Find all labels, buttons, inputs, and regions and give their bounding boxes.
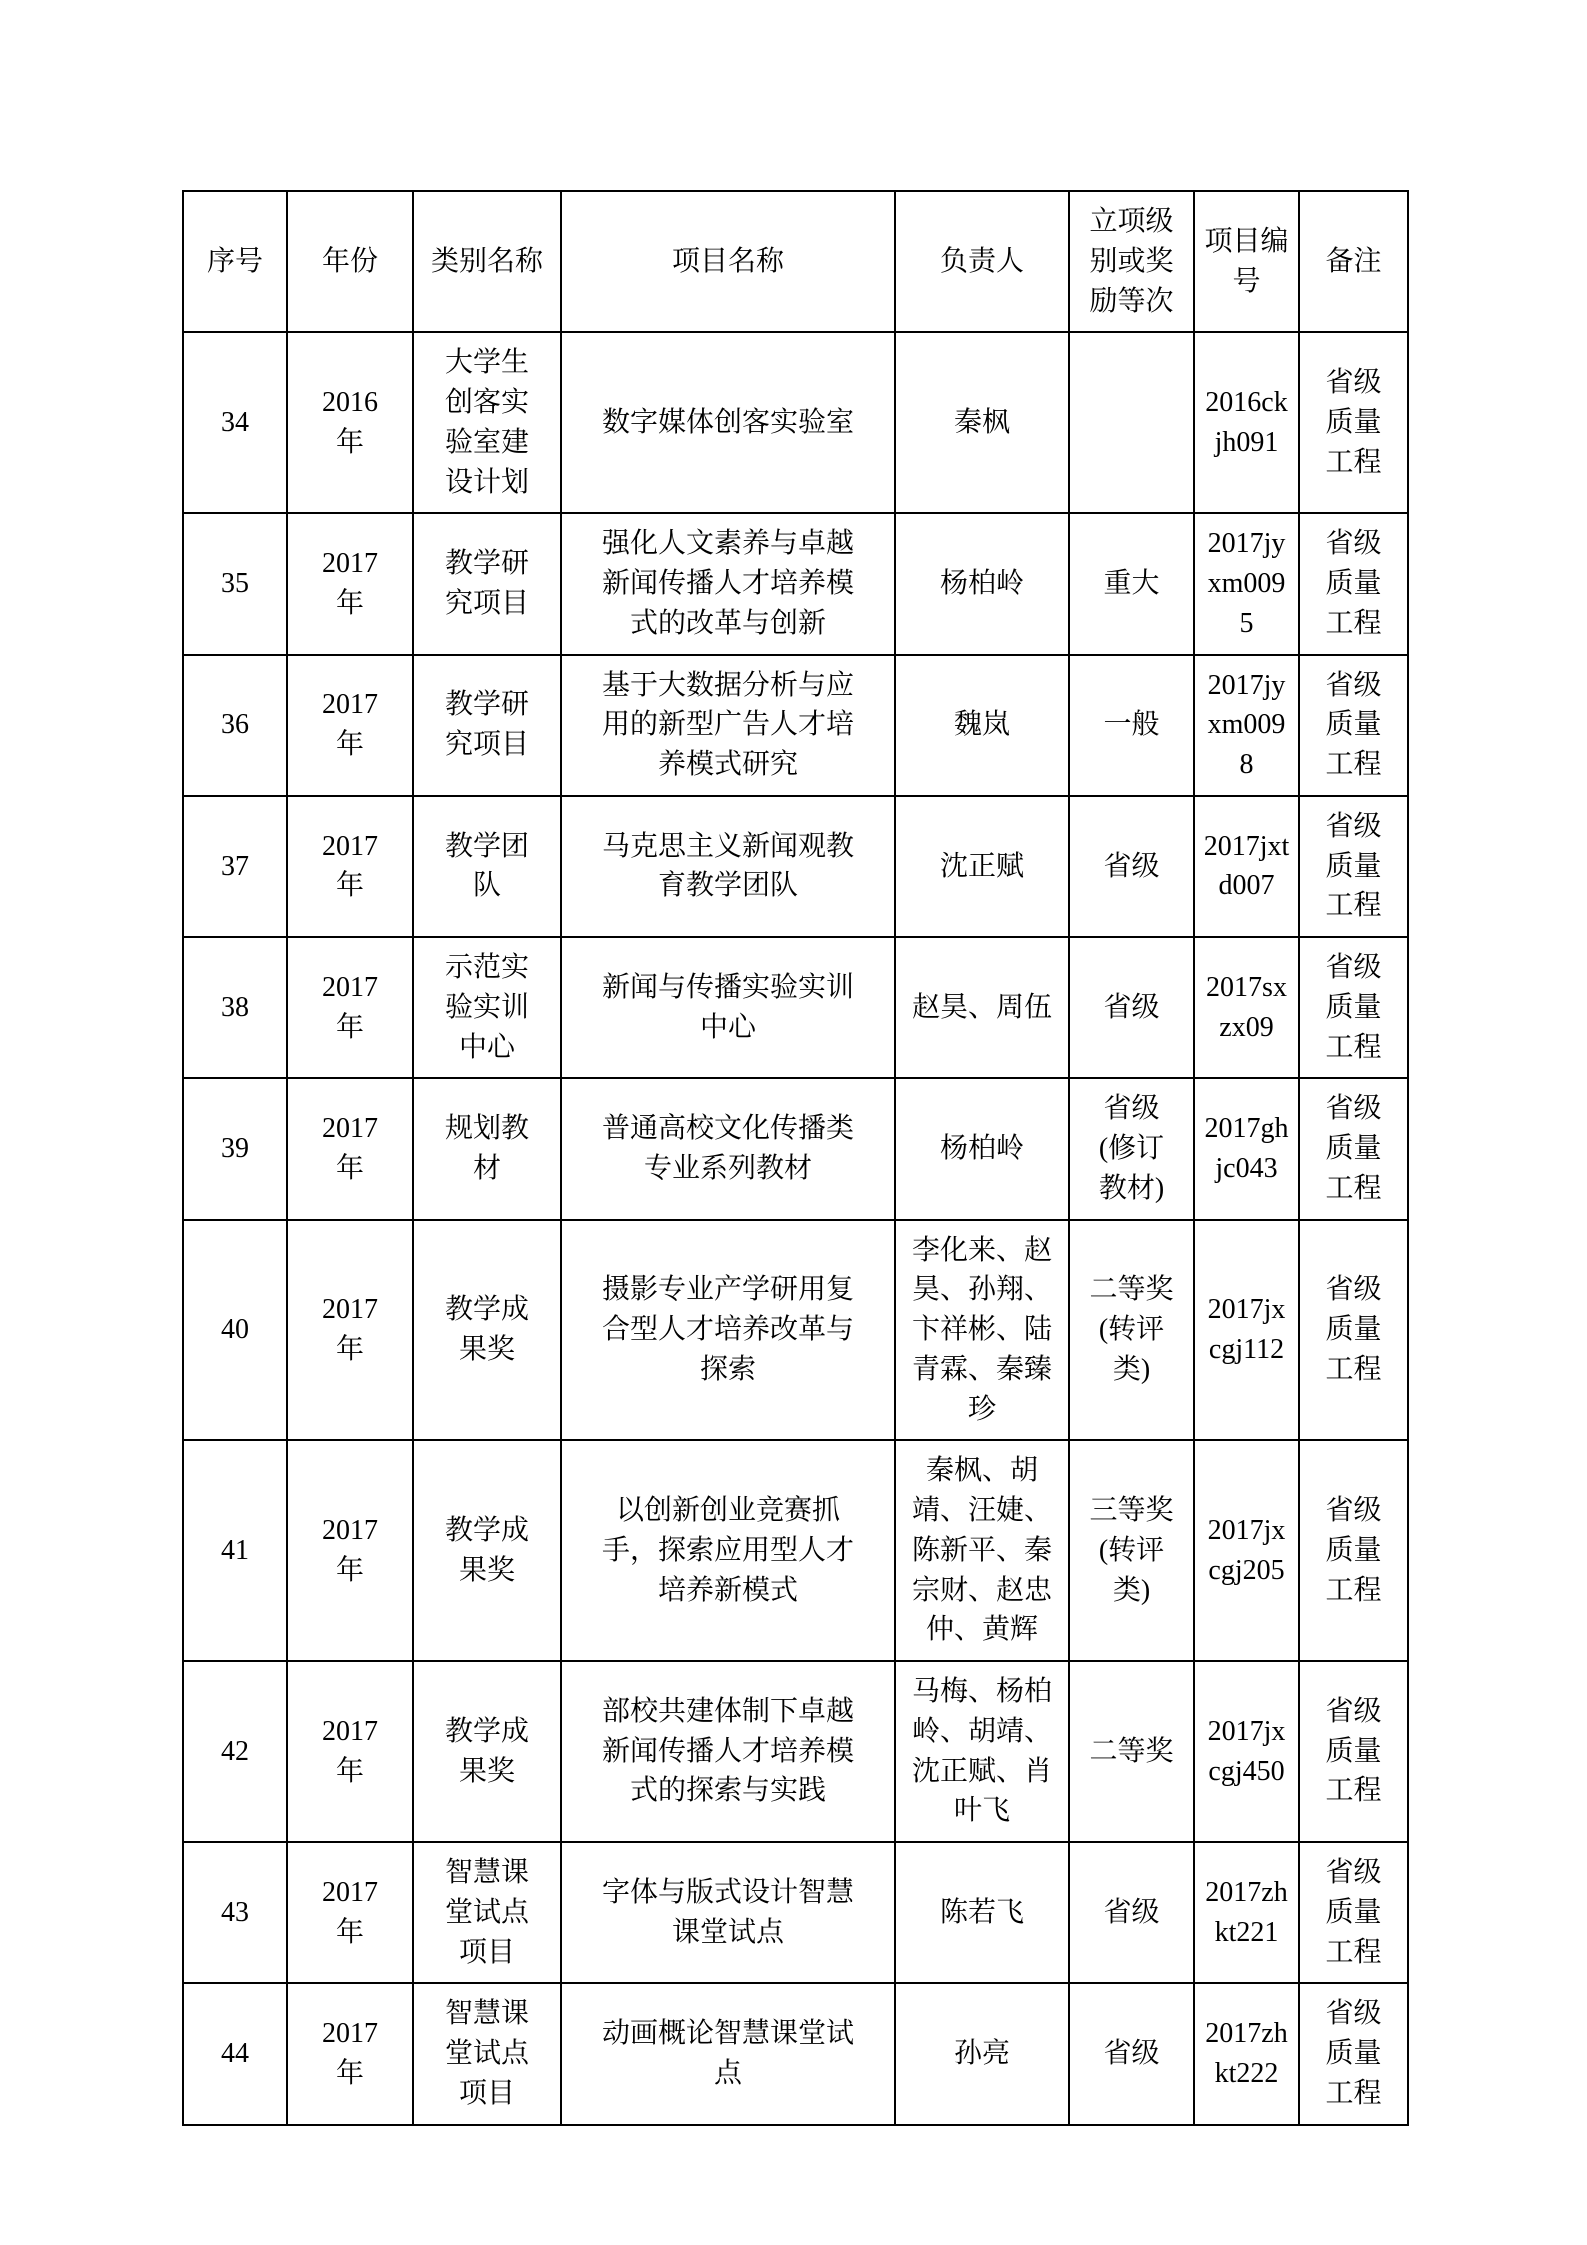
header-remark: 备注 <box>1299 191 1408 332</box>
cell-remark: 省级质量工程 <box>1299 1078 1408 1219</box>
cell-level: 二等奖 <box>1069 1661 1194 1842</box>
cell-year: 2017年 <box>287 1842 413 1983</box>
header-row: 序号 年份 类别名称 项目名称 负责人 立项级别或奖励等次 项目编号 备注 <box>183 191 1408 332</box>
cell-level: 三等奖(转评类) <box>1069 1440 1194 1661</box>
cell-project: 马克思主义新闻观教育教学团队 <box>561 796 895 937</box>
header-year: 年份 <box>287 191 413 332</box>
cell-no: 36 <box>183 655 287 796</box>
cell-level: 省级(修订教材) <box>1069 1078 1194 1219</box>
header-no: 序号 <box>183 191 287 332</box>
table-row: 342016年大学生创客实验室建设计划数字媒体创客实验室秦枫2016ckjh09… <box>183 332 1408 513</box>
table-row: 402017年教学成果奖摄影专业产学研用复合型人才培养改革与探索李化来、赵昊、孙… <box>183 1220 1408 1441</box>
document-page: 序号 年份 类别名称 项目名称 负责人 立项级别或奖励等次 项目编号 备注 34… <box>0 0 1587 2245</box>
cell-level: 二等奖(转评类) <box>1069 1220 1194 1441</box>
cell-code: 2017jxcgj205 <box>1194 1440 1299 1661</box>
cell-code: 2017zhkt222 <box>1194 1983 1299 2124</box>
cell-remark: 省级质量工程 <box>1299 937 1408 1078</box>
cell-leader: 孙亮 <box>895 1983 1069 2124</box>
cell-leader: 陈若飞 <box>895 1842 1069 1983</box>
cell-remark: 省级质量工程 <box>1299 332 1408 513</box>
table-row: 412017年教学成果奖以创新创业竞赛抓手，探索应用型人才培养新模式秦枫、胡靖、… <box>183 1440 1408 1661</box>
cell-leader: 杨柏岭 <box>895 513 1069 654</box>
cell-project: 以创新创业竞赛抓手，探索应用型人才培养新模式 <box>561 1440 895 1661</box>
cell-leader: 杨柏岭 <box>895 1078 1069 1219</box>
cell-level: 重大 <box>1069 513 1194 654</box>
cell-no: 38 <box>183 937 287 1078</box>
cell-remark: 省级质量工程 <box>1299 1220 1408 1441</box>
cell-category: 规划教材 <box>413 1078 561 1219</box>
cell-year: 2017年 <box>287 513 413 654</box>
cell-year: 2017年 <box>287 1220 413 1441</box>
table-row: 422017年教学成果奖部校共建体制下卓越新闻传播人才培养模式的探索与实践马梅、… <box>183 1661 1408 1842</box>
cell-no: 39 <box>183 1078 287 1219</box>
cell-code: 2017ghjc043 <box>1194 1078 1299 1219</box>
cell-year: 2017年 <box>287 1983 413 2124</box>
cell-remark: 省级质量工程 <box>1299 1983 1408 2124</box>
table-body: 342016年大学生创客实验室建设计划数字媒体创客实验室秦枫2016ckjh09… <box>183 332 1408 2124</box>
cell-project: 数字媒体创客实验室 <box>561 332 895 513</box>
table-row: 442017年智慧课堂试点项目动画概论智慧课堂试点孙亮省级2017zhkt222… <box>183 1983 1408 2124</box>
header-level: 立项级别或奖励等次 <box>1069 191 1194 332</box>
cell-code: 2017jxtd007 <box>1194 796 1299 937</box>
cell-code: 2016ckjh091 <box>1194 332 1299 513</box>
cell-no: 34 <box>183 332 287 513</box>
cell-year: 2017年 <box>287 1440 413 1661</box>
table-row: 432017年智慧课堂试点项目字体与版式设计智慧课堂试点陈若飞省级2017zhk… <box>183 1842 1408 1983</box>
projects-table: 序号 年份 类别名称 项目名称 负责人 立项级别或奖励等次 项目编号 备注 34… <box>182 190 1409 2126</box>
cell-level: 一般 <box>1069 655 1194 796</box>
header-category: 类别名称 <box>413 191 561 332</box>
cell-no: 43 <box>183 1842 287 1983</box>
cell-level: 省级 <box>1069 1842 1194 1983</box>
cell-category: 智慧课堂试点项目 <box>413 1842 561 1983</box>
cell-level: 省级 <box>1069 937 1194 1078</box>
cell-project: 新闻与传播实验实训中心 <box>561 937 895 1078</box>
cell-level <box>1069 332 1194 513</box>
cell-category: 大学生创客实验室建设计划 <box>413 332 561 513</box>
table-row: 392017年规划教材普通高校文化传播类专业系列教材杨柏岭省级(修订教材)201… <box>183 1078 1408 1219</box>
cell-no: 41 <box>183 1440 287 1661</box>
cell-category: 教学成果奖 <box>413 1220 561 1441</box>
cell-no: 37 <box>183 796 287 937</box>
cell-category: 教学研究项目 <box>413 513 561 654</box>
cell-leader: 沈正赋 <box>895 796 1069 937</box>
cell-project: 强化人文素养与卓越新闻传播人才培养模式的改革与创新 <box>561 513 895 654</box>
cell-no: 35 <box>183 513 287 654</box>
cell-remark: 省级质量工程 <box>1299 1440 1408 1661</box>
cell-remark: 省级质量工程 <box>1299 1842 1408 1983</box>
cell-project: 部校共建体制下卓越新闻传播人才培养模式的探索与实践 <box>561 1661 895 1842</box>
cell-category: 示范实验实训中心 <box>413 937 561 1078</box>
cell-code: 2017sxzx09 <box>1194 937 1299 1078</box>
cell-category: 教学团队 <box>413 796 561 937</box>
cell-code: 2017jyxm0095 <box>1194 513 1299 654</box>
cell-leader: 赵昊、周伍 <box>895 937 1069 1078</box>
header-code: 项目编号 <box>1194 191 1299 332</box>
cell-category: 智慧课堂试点项目 <box>413 1983 561 2124</box>
cell-no: 40 <box>183 1220 287 1441</box>
cell-year: 2017年 <box>287 1078 413 1219</box>
cell-level: 省级 <box>1069 1983 1194 2124</box>
cell-no: 44 <box>183 1983 287 2124</box>
table-row: 362017年教学研究项目基于大数据分析与应用的新型广告人才培养模式研究魏岚一般… <box>183 655 1408 796</box>
cell-leader: 李化来、赵昊、孙翔、卞祥彬、陆青霖、秦臻珍 <box>895 1220 1069 1441</box>
cell-code: 2017jyxm0098 <box>1194 655 1299 796</box>
cell-remark: 省级质量工程 <box>1299 655 1408 796</box>
cell-project: 动画概论智慧课堂试点 <box>561 1983 895 2124</box>
cell-year: 2017年 <box>287 655 413 796</box>
cell-code: 2017jxcgj112 <box>1194 1220 1299 1441</box>
cell-code: 2017zhkt221 <box>1194 1842 1299 1983</box>
table-header: 序号 年份 类别名称 项目名称 负责人 立项级别或奖励等次 项目编号 备注 <box>183 191 1408 332</box>
cell-project: 字体与版式设计智慧课堂试点 <box>561 1842 895 1983</box>
table-row: 372017年教学团队马克思主义新闻观教育教学团队沈正赋省级2017jxtd00… <box>183 796 1408 937</box>
header-leader: 负责人 <box>895 191 1069 332</box>
cell-leader: 秦枫、胡靖、汪婕、陈新平、秦宗财、赵忠仲、黄辉 <box>895 1440 1069 1661</box>
cell-category: 教学研究项目 <box>413 655 561 796</box>
cell-remark: 省级质量工程 <box>1299 1661 1408 1842</box>
cell-leader: 魏岚 <box>895 655 1069 796</box>
cell-remark: 省级质量工程 <box>1299 513 1408 654</box>
cell-year: 2017年 <box>287 1661 413 1842</box>
cell-category: 教学成果奖 <box>413 1440 561 1661</box>
cell-project: 普通高校文化传播类专业系列教材 <box>561 1078 895 1219</box>
cell-level: 省级 <box>1069 796 1194 937</box>
cell-category: 教学成果奖 <box>413 1661 561 1842</box>
cell-leader: 马梅、杨柏岭、胡靖、沈正赋、肖叶飞 <box>895 1661 1069 1842</box>
cell-no: 42 <box>183 1661 287 1842</box>
cell-year: 2017年 <box>287 937 413 1078</box>
header-project: 项目名称 <box>561 191 895 332</box>
cell-code: 2017jxcgj450 <box>1194 1661 1299 1842</box>
cell-year: 2016年 <box>287 332 413 513</box>
cell-year: 2017年 <box>287 796 413 937</box>
cell-remark: 省级质量工程 <box>1299 796 1408 937</box>
cell-project: 基于大数据分析与应用的新型广告人才培养模式研究 <box>561 655 895 796</box>
cell-leader: 秦枫 <box>895 332 1069 513</box>
table-row: 382017年示范实验实训中心新闻与传播实验实训中心赵昊、周伍省级2017sxz… <box>183 937 1408 1078</box>
table-row: 352017年教学研究项目强化人文素养与卓越新闻传播人才培养模式的改革与创新杨柏… <box>183 513 1408 654</box>
cell-project: 摄影专业产学研用复合型人才培养改革与探索 <box>561 1220 895 1441</box>
